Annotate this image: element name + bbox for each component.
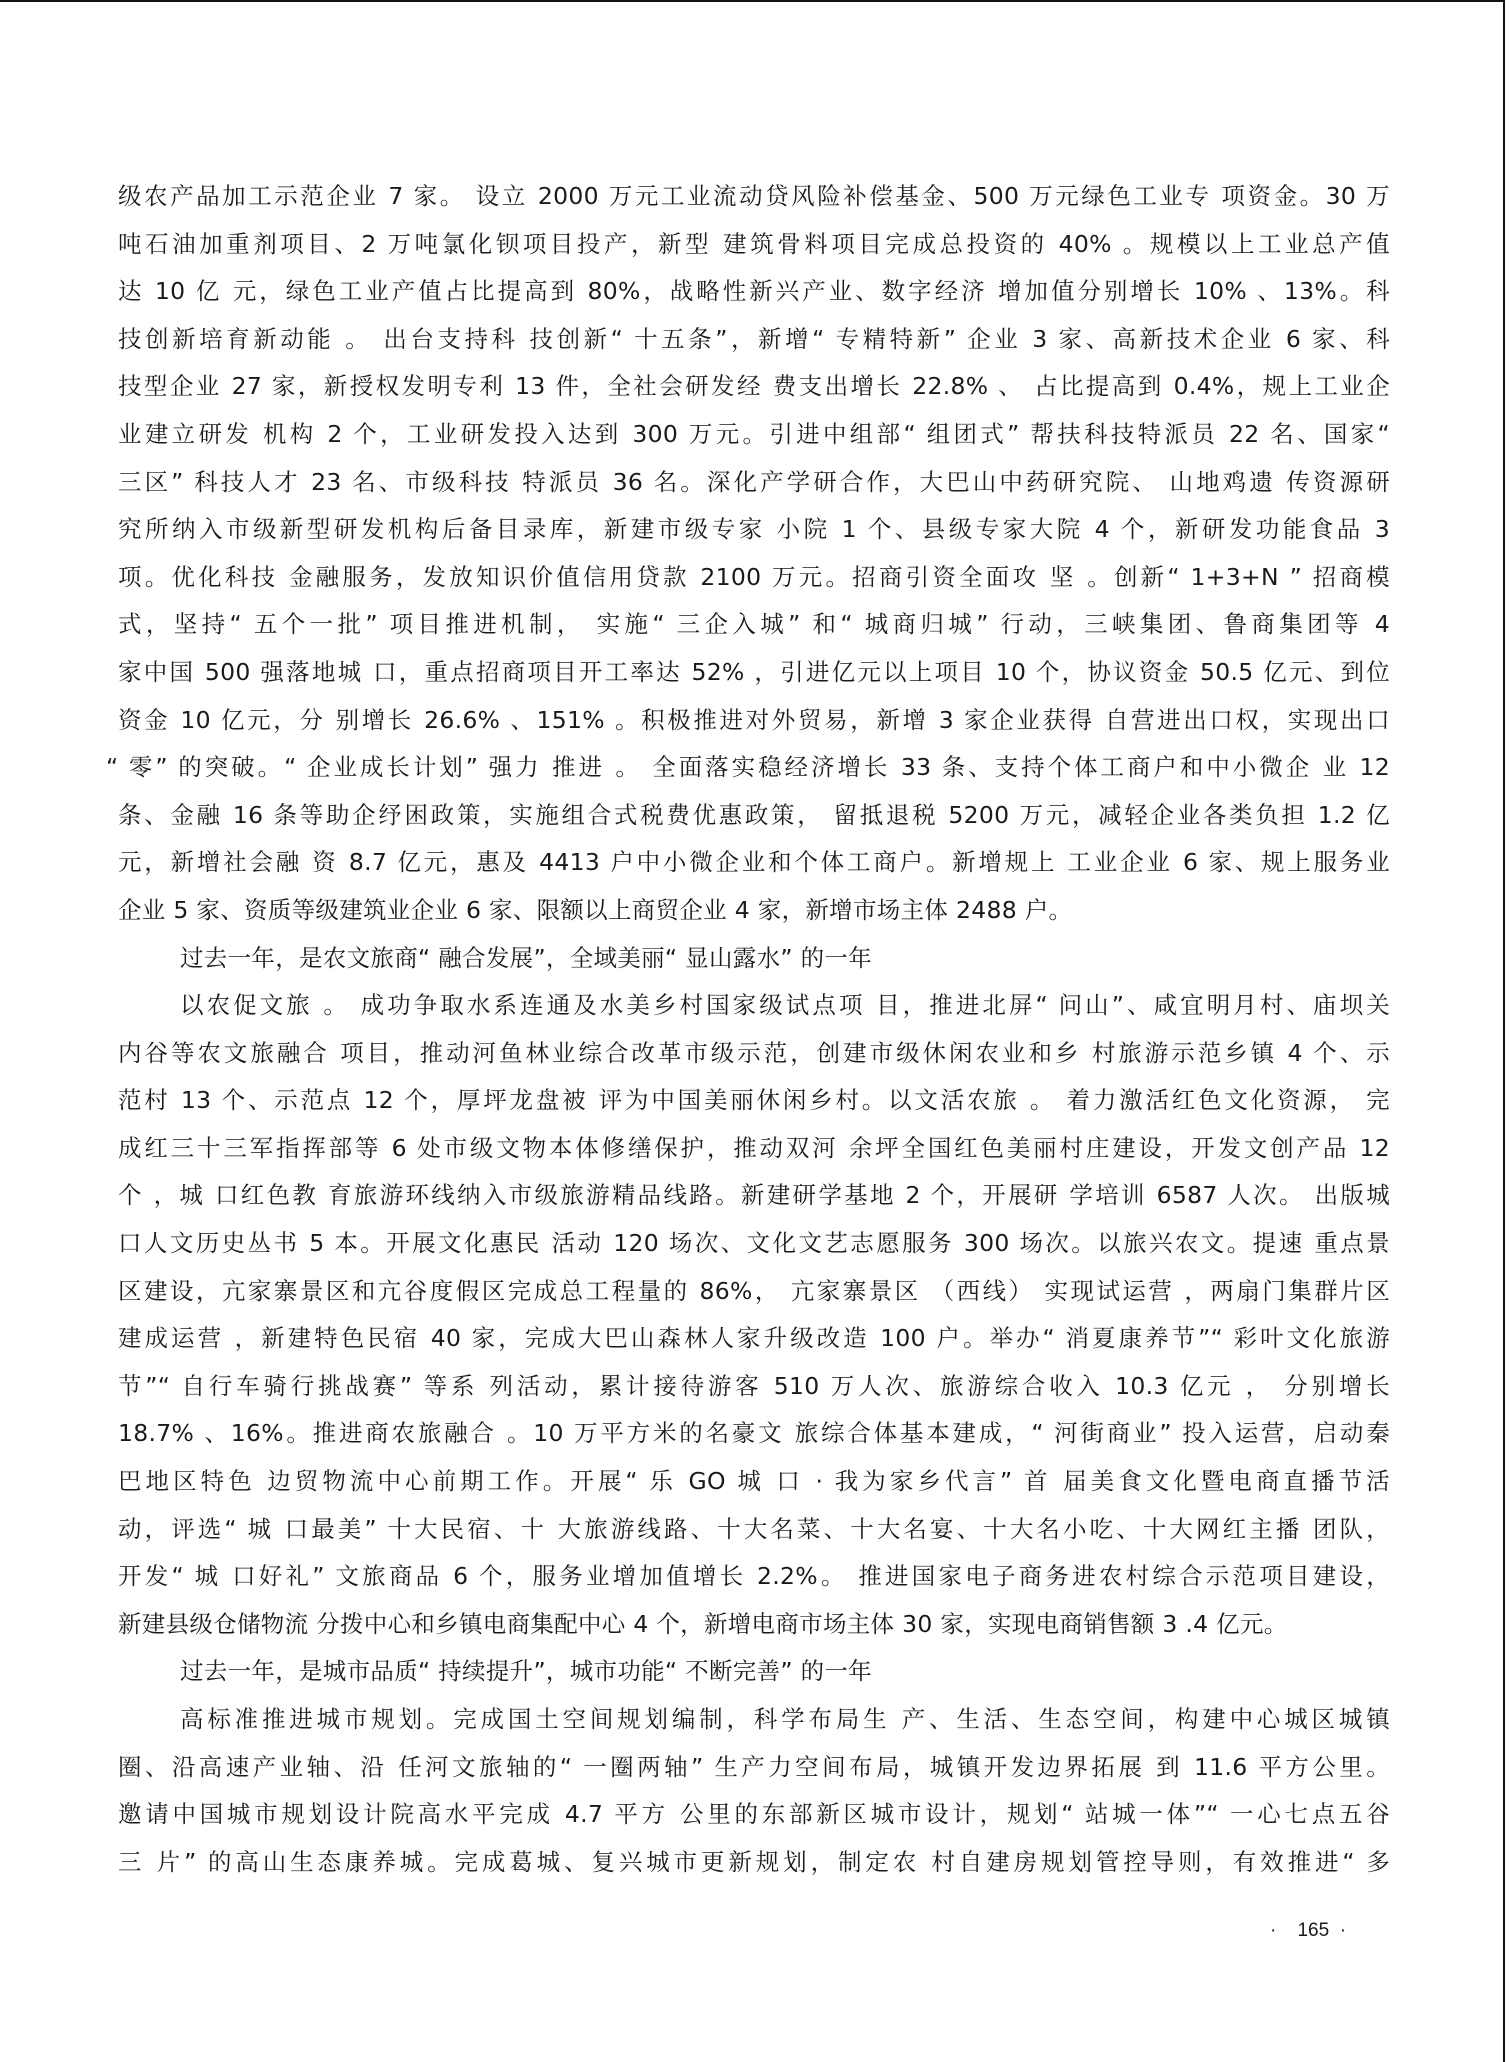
- text-line: 18.7% 、16%。推进商农旅融合 。10 万平方米的名豪文 旅综合体基本建成…: [118, 1417, 1390, 1465]
- paragraph-culture-tourism: 以农促文旅 。 成功争取水系连通及水美乡村国家级试点项 目，推进北屏“ 问山”、…: [118, 989, 1390, 1655]
- text-line: 三区” 科技人才 23 名、市级科技 特派员 36 名。深化产学研合作，大巴山中…: [118, 466, 1390, 514]
- text-line: 业建立研发 机构 2 个，工业研发投入达到 300 万元。引进中组部“ 组团式”…: [118, 418, 1390, 466]
- text-line: 条、金融 16 条等助企纾困政策，实施组合式税费优惠政策， 留抵退税 5200 …: [118, 799, 1390, 847]
- text-line: 吨石油加重剂项目、2 万吨氯化钡项目投产，新型 建筑骨料项目完成总投资的 40%…: [118, 228, 1390, 276]
- text-line: 巴地区特色 边贸物流中心前期工作。开展“ 乐 GO 城 口 · 我为家乡代言” …: [118, 1465, 1390, 1513]
- text-line: 新建县级仓储物流 分拨中心和乡镇电商集配中心 4 个，新增电商市场主体 30 家…: [118, 1608, 1390, 1656]
- text-line: 圈、沿高速产业轴、沿 任河文旅轴的“ 一圈两轴” 生产力空间布局，城镇开发边界拓…: [118, 1751, 1390, 1799]
- text-line: 个 ，城 口红色教 育旅游环线纳入市级旅游精品线路。新建研学基地 2 个，开展研…: [118, 1179, 1390, 1227]
- text-line: 高标准推进城市规划。完成国土空间规划编制，科学布局生 产、生活、生态空间，构建中…: [118, 1703, 1390, 1751]
- text-line: 项。优化科技 金融服务，发放知识价值信用贷款 2100 万元。招商引资全面攻 坚…: [118, 561, 1390, 609]
- text-line: 以农促文旅 。 成功争取水系连通及水美乡村国家级试点项 目，推进北屏“ 问山”、…: [118, 989, 1390, 1037]
- section-heading-urban-quality: 过去一年，是城市品质“ 持续提升”，城市功能“ 不断完善” 的一年: [118, 1655, 1390, 1703]
- text-line: 口人文历史丛书 5 本。开展文化惠民 活动 120 场次、文化文艺志愿服务 30…: [118, 1227, 1390, 1275]
- text-line: 级农产品加工示范企业 7 家。 设立 2000 万元工业流动贷风险补偿基金、50…: [118, 180, 1390, 228]
- text-line: 资金 10 亿元，分 别增长 26.6% 、151% 。积极推进对外贸易，新增 …: [118, 704, 1390, 752]
- text-line: 技型企业 27 家，新授权发明专利 13 件，全社会研发经 费支出增长 22.8…: [118, 370, 1390, 418]
- text-line: 家中国 500 强落地城 口，重点招商项目开工率达 52% ，引进亿元以上项目 …: [118, 656, 1390, 704]
- text-line: 邀请中国城市规划设计院高水平完成 4.7 平方 公里的东部新区城市设计，规划“ …: [118, 1798, 1390, 1846]
- page-number: · 165 ·: [1270, 1920, 1346, 1942]
- text-line: 动，评选“ 城 口最美” 十大民宿、十 大旅游线路、十大名菜、十大名宴、十大名小…: [118, 1513, 1390, 1561]
- text-line: 元，新增社会融 资 8.7 亿元，惠及 4413 户中小微企业和个体工商户。新增…: [118, 846, 1390, 894]
- text-line: 开发“ 城 口好礼” 文旅商品 6 个，服务业增加值增长 2.2%。 推进国家电…: [118, 1560, 1390, 1608]
- document-body: 级农产品加工示范企业 7 家。 设立 2000 万元工业流动贷风险补偿基金、50…: [118, 180, 1390, 1893]
- paragraph-industry-innovation: 级农产品加工示范企业 7 家。 设立 2000 万元工业流动贷风险补偿基金、50…: [118, 180, 1390, 942]
- text-line: 内谷等农文旅融合 项目，推动河鱼林业综合改革市级示范，创建市级休闲农业和乡 村旅…: [118, 1037, 1390, 1085]
- text-line: 节”“ 自行车骑行挑战赛” 等系 列活动，累计接待游客 510 万人次、旅游综合…: [118, 1370, 1390, 1418]
- text-line: “ 零” 的突破。“ 企业成长计划” 强力 推进 。 全面落实稳经济增长 33 …: [106, 751, 1390, 799]
- text-line: 三 片” 的高山生态康养城。完成葛城、复兴城市更新规划，制定农 村自建房规划管控…: [118, 1846, 1390, 1894]
- text-line: 成红三十三军指挥部等 6 处市级文物本体修缮保护，推动双河 余坪全国红色美丽村庄…: [118, 1132, 1390, 1180]
- paragraph-urban-planning: 高标准推进城市规划。完成国土空间规划编制，科学布局生 产、生活、生态空间，构建中…: [118, 1703, 1390, 1893]
- text-line: 建成运营 ，新建特色民宿 40 家，完成大巴山森林人家升级改造 100 户。举办…: [118, 1322, 1390, 1370]
- text-line: 范村 13 个、示范点 12 个，厚坪龙盘被 评为中国美丽休闲乡村。以文活农旅 …: [118, 1084, 1390, 1132]
- text-line: 达 10 亿 元，绿色工业产值占比提高到 80%，战略性新兴产业、数字经济 增加…: [118, 275, 1390, 323]
- section-heading-culture-tourism: 过去一年，是农文旅商“ 融合发展”，全域美丽“ 显山露水” 的一年: [118, 942, 1390, 990]
- text-line: 究所纳入市级新型研发机构后备目录库，新建市级专家 小院 1 个、县级专家大院 4…: [118, 513, 1390, 561]
- text-line: 区建设，亢家寨景区和亢谷度假区完成总工程量的 86%， 亢家寨景区 （西线） 实…: [118, 1275, 1390, 1323]
- text-line: 技创新培育新动能 。 出台支持科 技创新“ 十五条”，新增“ 专精特新” 企业 …: [118, 323, 1390, 371]
- text-line: 式，坚持“ 五个一批” 项目推进机制， 实施“ 三企入城” 和“ 城商归城” 行…: [118, 608, 1390, 656]
- text-line: 企业 5 家、资质等级建筑业企业 6 家、限额以上商贸企业 4 家，新增市场主体…: [118, 894, 1390, 942]
